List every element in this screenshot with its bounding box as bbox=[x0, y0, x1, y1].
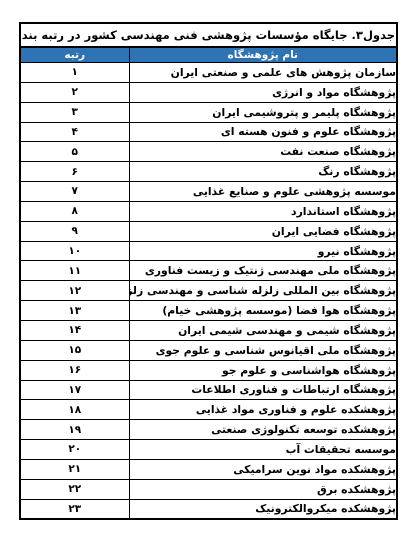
table-title-row: جدول۳. جایگاه مؤسسات پژوهشی فنی مهندسی ک… bbox=[20, 23, 397, 47]
institute-name-cell: موسسه تحقیقات آب bbox=[129, 440, 397, 460]
rank-cell: ۱۲ bbox=[20, 281, 129, 301]
institute-name-cell: پژوهشگاه علوم و فنون هسته ای bbox=[129, 122, 397, 142]
institute-name-cell: پژوهشکده مواد نوین سرامیکی bbox=[129, 459, 397, 479]
rank-cell: ۲۰ bbox=[20, 440, 129, 460]
institute-name-cell: پژوهشگاه هواشناسی و علوم جو bbox=[129, 360, 397, 380]
rank-cell: ۱ bbox=[20, 63, 129, 83]
table-row: سازمان پژوهش های علمی و صنعتی ایران۱ bbox=[20, 63, 397, 83]
rank-cell: ۱۴ bbox=[20, 320, 129, 340]
institute-name-cell: سازمان پژوهش های علمی و صنعتی ایران bbox=[129, 63, 397, 83]
table-row: پژوهشگاه علوم و فنون هسته ای۴ bbox=[20, 122, 397, 142]
table-title: جدول۳. جایگاه مؤسسات پژوهشی فنی مهندسی ک… bbox=[20, 23, 397, 47]
rank-cell: ۴ bbox=[20, 122, 129, 142]
rank-cell: ۱۷ bbox=[20, 380, 129, 400]
ranking-table: جدول۳. جایگاه مؤسسات پژوهشی فنی مهندسی ک… bbox=[19, 22, 398, 520]
table-row: پژوهشکده علوم و فناوری مواد غذایی۱۸ bbox=[20, 400, 397, 420]
table-row: پژوهشگاه شیمی و مهندسی شیمی ایران۱۴ bbox=[20, 320, 397, 340]
institute-name-cell: پژوهشگاه فضایی ایران bbox=[129, 221, 397, 241]
institute-name-cell: پژوهشگاه ملی اقیانوس شناسی و علوم جوی bbox=[129, 340, 397, 360]
rank-cell: ۶ bbox=[20, 162, 129, 182]
document-page: جدول۳. جایگاه مؤسسات پژوهشی فنی مهندسی ک… bbox=[0, 0, 410, 538]
table-row: پژوهشگاه فضایی ایران۹ bbox=[20, 221, 397, 241]
rank-cell: ۱۱ bbox=[20, 261, 129, 281]
institute-name-cell: پژوهشکده میکروالکترونیک bbox=[129, 499, 397, 519]
table-row: پژوهشگاه رنگ۶ bbox=[20, 162, 397, 182]
rank-cell: ۱۹ bbox=[20, 420, 129, 440]
rank-cell: ۱۳ bbox=[20, 301, 129, 321]
rank-cell: ۲۱ bbox=[20, 459, 129, 479]
institute-name-cell: موسسه پژوهشی علوم و صنایع غذایی bbox=[129, 182, 397, 202]
rank-cell: ۲۳ bbox=[20, 499, 129, 519]
table-row: پژوهشکده توسعه تکنولوژی صنعتی۱۹ bbox=[20, 420, 397, 440]
table-row: پژوهشگاه ارتباطات و فناوری اطلاعات۱۷ bbox=[20, 380, 397, 400]
institute-name-cell: پژوهشگاه رنگ bbox=[129, 162, 397, 182]
table-row: پژوهشگاه صنعت نفت۵ bbox=[20, 142, 397, 162]
table-row: موسسه تحقیقات آب۲۰ bbox=[20, 440, 397, 460]
institute-name-cell: پژوهشگاه مواد و انرژی bbox=[129, 82, 397, 102]
table-body: سازمان پژوهش های علمی و صنعتی ایران۱پژوه… bbox=[20, 63, 397, 519]
rank-cell: ۹ bbox=[20, 221, 129, 241]
table-row: پژوهشکده برق۲۲ bbox=[20, 479, 397, 499]
institute-name-cell: پژوهشکده توسعه تکنولوژی صنعتی bbox=[129, 420, 397, 440]
institute-name-cell: پژوهشگاه بین المللی زلزله شناسی و مهندسی… bbox=[129, 281, 397, 301]
table-row: پژوهشگاه بین المللی زلزله شناسی و مهندسی… bbox=[20, 281, 397, 301]
table-row: پژوهشگاه استاندارد۸ bbox=[20, 201, 397, 221]
table-row: پژوهشگاه ملی اقیانوس شناسی و علوم جوی۱۵ bbox=[20, 340, 397, 360]
rank-cell: ۱۸ bbox=[20, 400, 129, 420]
table-row: پژوهشگاه ملی مهندسی ژنتیک و زیست فناوری۱… bbox=[20, 261, 397, 281]
table-row: پژوهشکده میکروالکترونیک۲۳ bbox=[20, 499, 397, 519]
institute-name-cell: پژوهشگاه ارتباطات و فناوری اطلاعات bbox=[129, 380, 397, 400]
table-row: پژوهشگاه هوا فضا (موسسه پژوهشی خیام)۱۳ bbox=[20, 301, 397, 321]
table-row: پژوهشگاه نیرو۱۰ bbox=[20, 241, 397, 261]
table-row: موسسه پژوهشی علوم و صنایع غذایی۷ bbox=[20, 182, 397, 202]
rank-cell: ۵ bbox=[20, 142, 129, 162]
institute-name-cell: پژوهشگاه شیمی و مهندسی شیمی ایران bbox=[129, 320, 397, 340]
institute-name-cell: پژوهشکده برق bbox=[129, 479, 397, 499]
institute-name-cell: پژوهشگاه هوا فضا (موسسه پژوهشی خیام) bbox=[129, 301, 397, 321]
table-row: پژوهشگاه پلیمر و پتروشیمی ایران۳ bbox=[20, 102, 397, 122]
rank-cell: ۱۰ bbox=[20, 241, 129, 261]
rank-cell: ۱۶ bbox=[20, 360, 129, 380]
institute-name-cell: پژوهشگاه صنعت نفت bbox=[129, 142, 397, 162]
rank-cell: ۲ bbox=[20, 82, 129, 102]
rank-cell: ۸ bbox=[20, 201, 129, 221]
institute-name-cell: پژوهشگاه استاندارد bbox=[129, 201, 397, 221]
table-row: پژوهشکده مواد نوین سرامیکی۲۱ bbox=[20, 459, 397, 479]
rank-cell: ۳ bbox=[20, 102, 129, 122]
column-header-rank: رتبه bbox=[20, 47, 129, 63]
table-row: پژوهشگاه هواشناسی و علوم جو۱۶ bbox=[20, 360, 397, 380]
table-header-row: نام پژوهشگاه رتبه bbox=[20, 47, 397, 63]
column-header-institute-name: نام پژوهشگاه bbox=[129, 47, 397, 63]
rank-cell: ۱۵ bbox=[20, 340, 129, 360]
institute-name-cell: پژوهشگاه نیرو bbox=[129, 241, 397, 261]
rank-cell: ۷ bbox=[20, 182, 129, 202]
institute-name-cell: پژوهشکده علوم و فناوری مواد غذایی bbox=[129, 400, 397, 420]
rank-cell: ۲۲ bbox=[20, 479, 129, 499]
table-row: پژوهشگاه مواد و انرژی۲ bbox=[20, 82, 397, 102]
institute-name-cell: پژوهشگاه پلیمر و پتروشیمی ایران bbox=[129, 102, 397, 122]
institute-name-cell: پژوهشگاه ملی مهندسی ژنتیک و زیست فناوری bbox=[129, 261, 397, 281]
